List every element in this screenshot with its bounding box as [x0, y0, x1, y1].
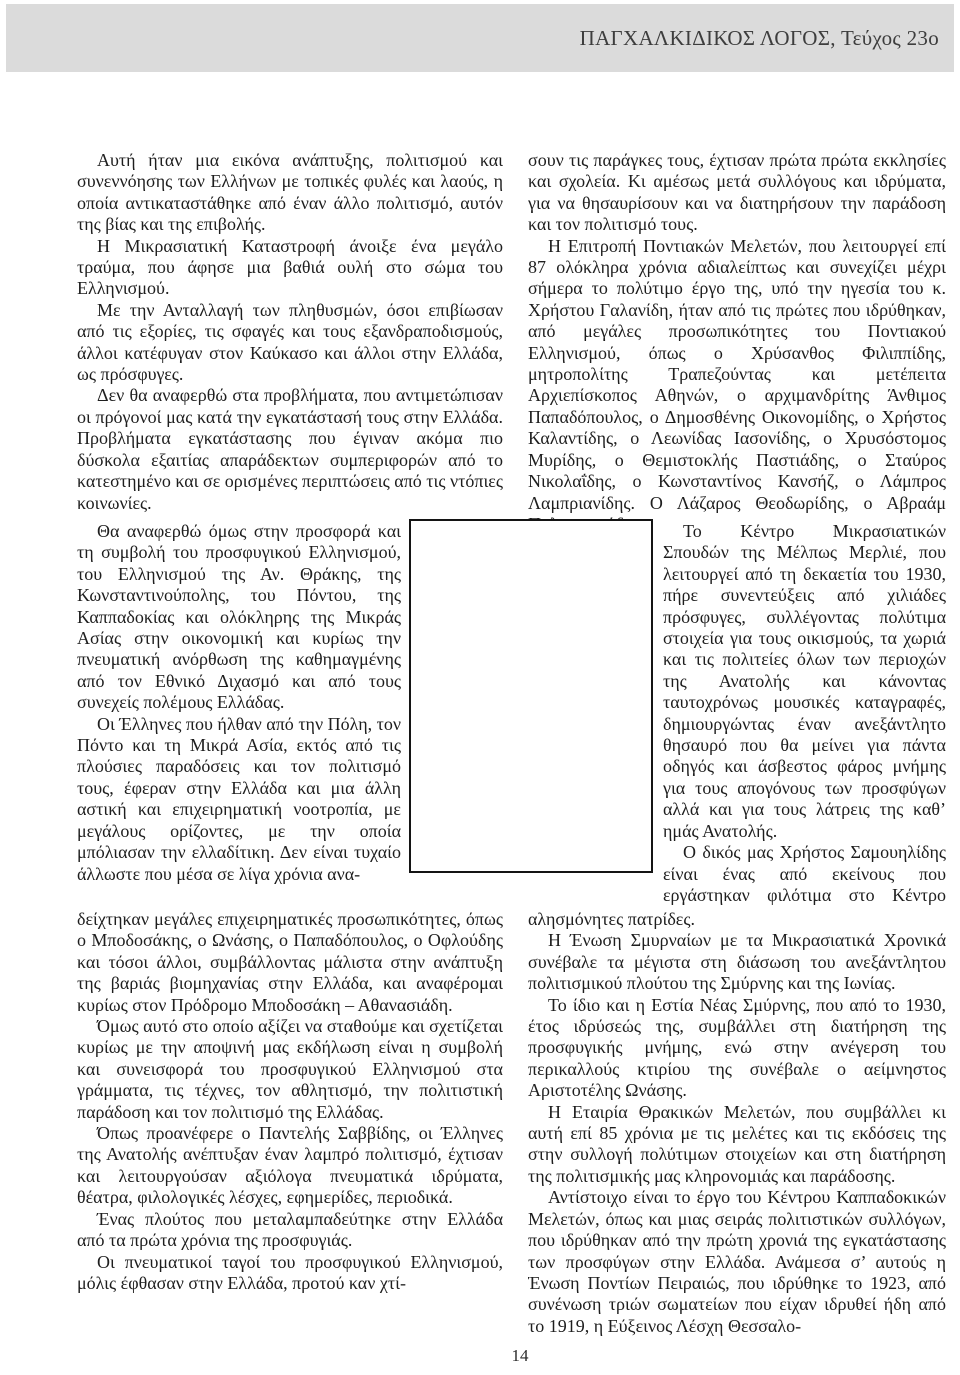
- paragraph: Όπως προανέφερε ο Παντελής Σαββίδης, οι …: [77, 1123, 503, 1209]
- left-column-lower-block: δείχτηκαν μεγάλες επιχειρηματικές προσωπ…: [77, 909, 503, 1339]
- paragraph: Όμως αυτό στο οποίο αξίζει να σταθούμε κ…: [77, 1016, 503, 1123]
- left-column-upper-block: Αυτή ήταν μια εικόνα ανάπτυξης, πολιτισμ…: [77, 150, 503, 519]
- header-band: ΠΑΓΧΑΛΚΙΔΙΚΟΣ ΛΟΓΟΣ, Τεύχος 23ο: [6, 4, 954, 72]
- image-placeholder-box: [409, 519, 653, 873]
- right-column-narrow-block: Το Κέντρο Μικρασιατικών Σπουδών της Μέλπ…: [663, 521, 946, 907]
- paragraph: Ένας πλούτος που μεταλαμπαδεύτηκε στην Ε…: [77, 1209, 503, 1252]
- paragraph: Δεν θα αναφερθώ στα προβλήματα, που αντι…: [77, 385, 503, 513]
- left-column-narrow-block: Θα αναφερθώ όμως στην προσφορά και τη συ…: [77, 521, 401, 907]
- paragraph-continuation: δείχτηκαν μεγάλες επιχειρηματικές προσωπ…: [77, 909, 503, 1016]
- paragraph: Ο δικός μας Χρήστος Σαμουηλίδης είναι έν…: [663, 842, 946, 907]
- paragraph: Η Εταιρία Θρακικών Μελετών, που συμβάλλε…: [528, 1102, 946, 1188]
- paragraph: Το ίδιο και η Εστία Νέας Σμύρνης, που απ…: [528, 995, 946, 1102]
- right-column-lower-block: αλησμόνητες πατρίδες. Η Ένωση Σμυρναίων …: [528, 909, 946, 1339]
- paragraph-continuation: αλησμόνητες πατρίδες.: [528, 909, 946, 930]
- paragraph: Οι πνευματικοί ταγοί του προσφυγικού Ελλ…: [77, 1252, 503, 1295]
- paragraph: Η Επιτροπή Ποντιακών Μελετών, που λειτου…: [528, 236, 946, 519]
- journal-title: ΠΑΓΧΑΛΚΙΔΙΚΟΣ ΛΟΓΟΣ, Τεύχος 23ο: [580, 26, 939, 51]
- paragraph: Η Μικρασιατική Καταστροφή άνοιξε ένα μεγ…: [77, 236, 503, 300]
- paragraph: Οι Έλληνες που ήλθαν από την Πόλη, τον Π…: [77, 714, 401, 885]
- paragraph-continuation: σουν τις παράγκες τους, έχτισαν πρώτα πρ…: [528, 150, 946, 236]
- right-column-upper-block: σουν τις παράγκες τους, έχτισαν πρώτα πρ…: [528, 150, 946, 519]
- paragraph: Θα αναφερθώ όμως στην προσφορά και τη συ…: [77, 521, 401, 714]
- paragraph: Το Κέντρο Μικρασιατικών Σπουδών της Μέλπ…: [663, 521, 946, 842]
- paragraph: Αντίστοιχο είναι το έργο του Κέντρου Καπ…: [528, 1187, 946, 1337]
- paragraph: Η Ένωση Σμυρναίων με τα Μικρασιατικά Χρο…: [528, 930, 946, 994]
- page-number: 14: [0, 1346, 960, 1366]
- paragraph: Με την Ανταλλαγή των πληθυσμών, όσοι επι…: [77, 300, 503, 386]
- magazine-page: ΠΑΓΧΑΛΚΙΔΙΚΟΣ ΛΟΓΟΣ, Τεύχος 23ο Αυτή ήτα…: [0, 0, 960, 1375]
- paragraph: Αυτή ήταν μια εικόνα ανάπτυξης, πολιτισμ…: [77, 150, 503, 236]
